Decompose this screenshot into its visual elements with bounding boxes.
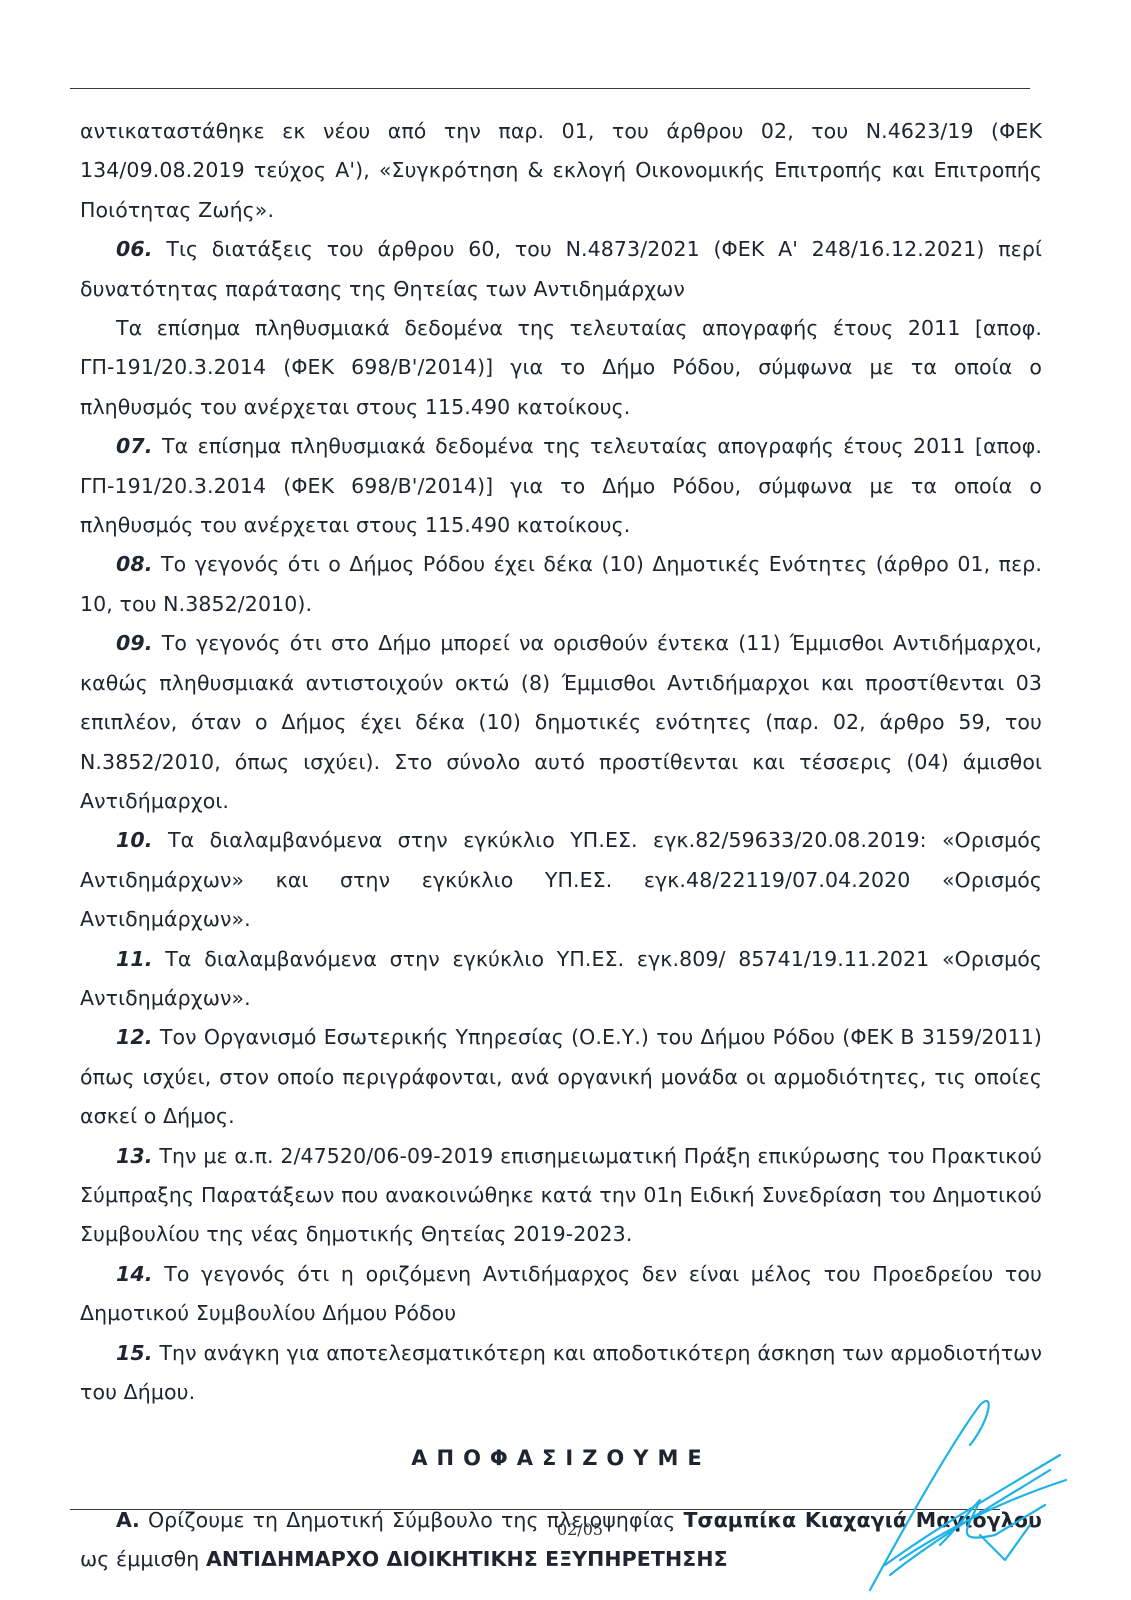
item-number: 07. [116,434,153,458]
item-text: Τα επίσημα πληθυσμιακά δεδομένα της τελε… [80,434,1042,537]
item-number: 09. [116,631,153,655]
decision-heading: ΑΠΟΦΑΣΙΖΟΥΜΕ [80,1439,1042,1478]
item-text: Τις διατάξεις του άρθρου 60, του Ν.4873/… [80,237,1042,300]
item-text: Τα διαλαμβανόμενα στην εγκύκλιο ΥΠ.ΕΣ. ε… [80,828,1042,931]
consideration-item: 13. Την με α.π. 2/47520/06-09-2019 επιση… [80,1137,1042,1255]
consideration-item: 11. Τα διαλαμβανόμενα στην εγκύκλιο ΥΠ.Ε… [80,940,1042,1019]
item-text: Τα διαλαμβανόμενα στην εγκύκλιο ΥΠ.ΕΣ. ε… [80,947,1042,1010]
item-text: Το γεγονός ότι στο Δήμο μπορεί να ορισθο… [80,631,1042,813]
footer-rule [70,1509,1000,1510]
item-number: 06. [116,237,153,261]
consideration-item: 10. Τα διαλαμβανόμενα στην εγκύκλιο ΥΠ.Ε… [80,821,1042,939]
item-text: Τον Οργανισμό Εσωτερικής Υπηρεσίας (Ο.Ε.… [80,1025,1042,1128]
item-text: Την ανάγκη για αποτελεσματικότερη και απ… [80,1341,1042,1404]
header-rule [70,88,1030,89]
item-number: 10. [116,828,153,852]
consideration-item: 15. Την ανάγκη για αποτελεσματικότερη κα… [80,1334,1042,1413]
consideration-item: 09. Το γεγονός ότι στο Δήμο μπορεί να ορ… [80,624,1042,821]
consideration-item: Τα επίσημα πληθυσμιακά δεδομένα της τελε… [80,309,1042,427]
decision-text-middle: ως έμμισθη [80,1547,206,1571]
consideration-item: 08. Το γεγονός ότι ο Δήμος Ρόδου έχει δέ… [80,545,1042,624]
document-body: αντικαταστάθηκε εκ νέου από την παρ. 01,… [80,112,1042,1580]
item-text: Το γεγονός ότι η οριζόμενη Αντιδήμαρχος … [80,1262,1042,1325]
item-number: 11. [116,947,153,971]
page-number: 02/05 [0,1520,1131,1539]
intro-continuation: αντικαταστάθηκε εκ νέου από την παρ. 01,… [80,112,1042,230]
item-number: 12. [116,1025,153,1049]
item-number: 08. [116,552,153,576]
appointee-role: ΑΝΤΙΔΗΜΑΡΧΟ ΔΙΟΙΚΗΤΙΚΗΣ ΕΞΥΠΗΡΕΤΗΣΗΣ [206,1547,728,1571]
consideration-item: 14. Το γεγονός ότι η οριζόμενη Αντιδήμαρ… [80,1255,1042,1334]
item-number: 14. [116,1262,153,1286]
decision-paragraph: Α. Ορίζουμε τη Δημοτική Σύμβουλο της πλε… [80,1501,1042,1580]
item-text: Την με α.π. 2/47520/06-09-2019 επισημειω… [80,1144,1042,1247]
consideration-item: 12. Τον Οργανισμό Εσωτερικής Υπηρεσίας (… [80,1018,1042,1136]
item-text: Τα επίσημα πληθυσμιακά δεδομένα της τελε… [80,316,1042,419]
considerations-list: 06. Τις διατάξεις του άρθρου 60, του Ν.4… [80,230,1042,1412]
item-number: 13. [116,1144,153,1168]
item-text: Το γεγονός ότι ο Δήμος Ρόδου έχει δέκα (… [80,552,1042,615]
item-number: 15. [116,1341,153,1365]
consideration-item: 07. Τα επίσημα πληθυσμιακά δεδομένα της … [80,427,1042,545]
consideration-item: 06. Τις διατάξεις του άρθρου 60, του Ν.4… [80,230,1042,309]
